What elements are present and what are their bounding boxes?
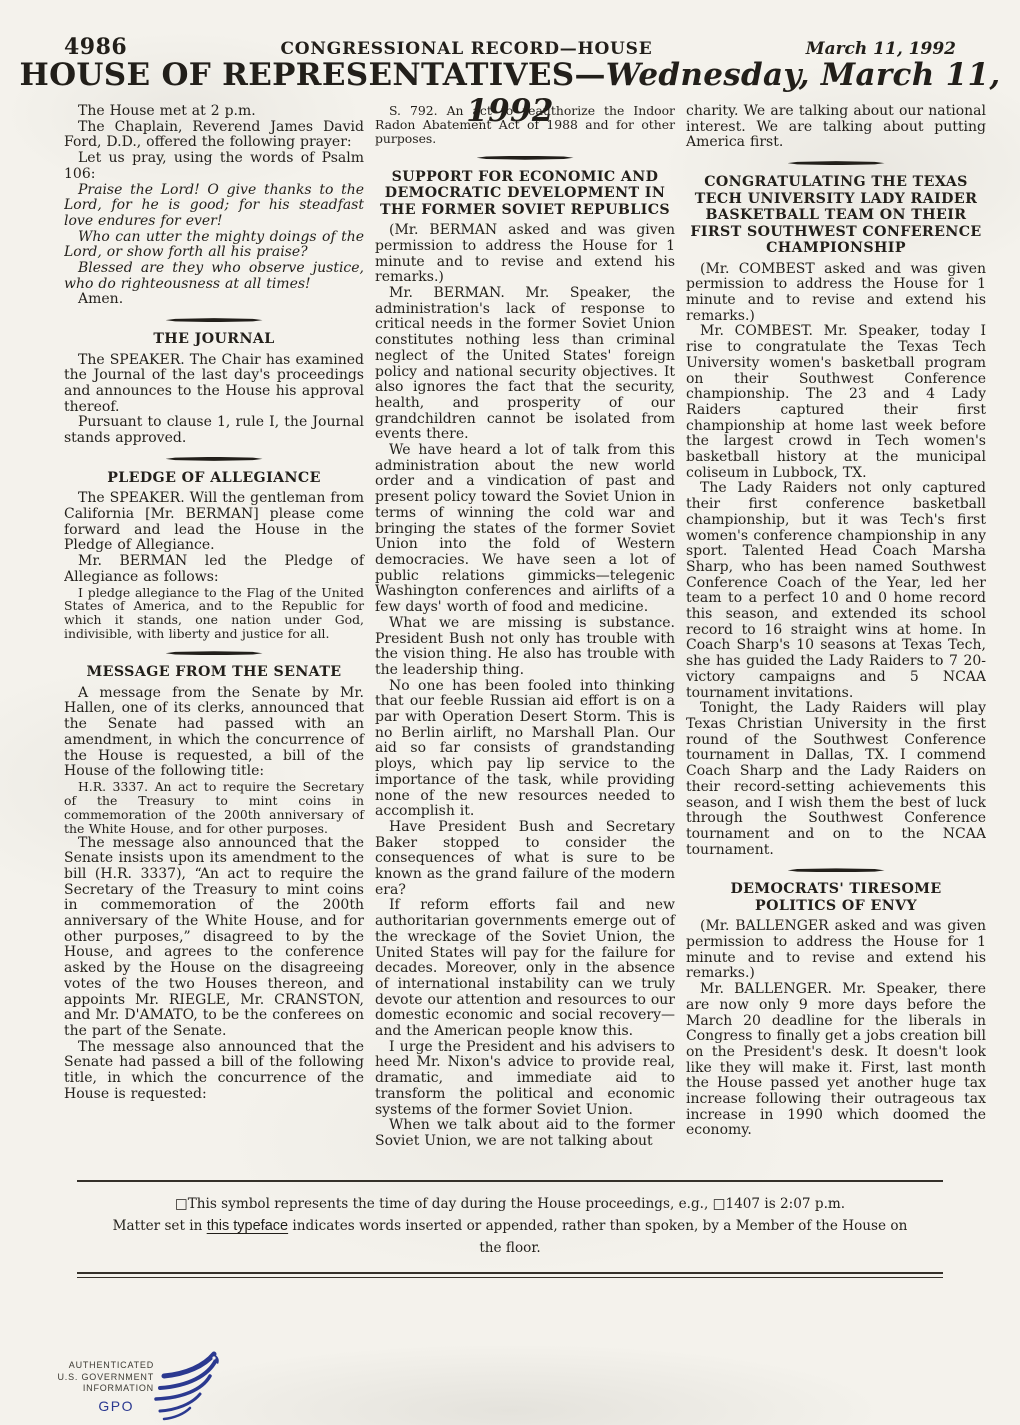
footnote-line-1: □This symbol represents the time of day …: [175, 1196, 845, 1212]
column-1: The House met at 2 p.m.The Chaplain, Rev…: [64, 104, 364, 1166]
column-2: S. 792. An act to reauthorize the Indoor…: [375, 104, 675, 1166]
separator-rule: [477, 156, 574, 160]
section-heading: CONGRATULATING THE TEXAS TECH UNIVERSITY…: [690, 174, 982, 257]
separator-rule: [788, 868, 885, 872]
paragraph: The message also announced that the Sena…: [64, 1040, 364, 1103]
gpo-label: GPO: [98, 1398, 134, 1414]
paragraph: If reform efforts fail and new authorita…: [375, 898, 675, 1039]
running-head-title: CONGRESSIONAL RECORD—HOUSE: [280, 39, 652, 59]
section-heading: THE JOURNAL: [68, 331, 360, 348]
running-head-date: March 11, 1992: [806, 39, 956, 59]
paragraph: We have heard a lot of talk from this ad…: [375, 443, 675, 616]
paragraph: Mr. BALLENGER. Mr. Speaker, there are no…: [686, 982, 986, 1139]
paragraph: Let us pray, using the words of Psalm 10…: [64, 151, 364, 182]
footnote-typeface-note: Matter set in this typeface indicates wo…: [103, 1215, 917, 1259]
paragraph: I urge the President and his advisers to…: [375, 1040, 675, 1119]
paragraph: Mr. COMBEST. Mr. Speaker, today I rise t…: [686, 324, 986, 481]
section-separator: [686, 161, 986, 165]
paragraph: Pursuant to clause 1, rule I, the Journa…: [64, 415, 364, 446]
paragraph: (Mr. COMBEST asked and was given permiss…: [686, 262, 986, 325]
paragraph: The SPEAKER. The Chair has examined the …: [64, 353, 364, 416]
page-title-main: HOUSE OF REPRESENTATIVES—: [20, 57, 606, 93]
column-3: charity. We are talking about our nation…: [686, 104, 986, 1166]
paragraph: A message from the Senate by Mr. Hallen,…: [64, 686, 364, 780]
separator-rule: [166, 457, 263, 461]
prayer-verse: Who can utter the mighty doings of the L…: [64, 230, 364, 261]
separator-rule: [788, 161, 885, 165]
paragraph: The Chaplain, Reverend James David Ford,…: [64, 120, 364, 151]
separator-rule: [166, 318, 263, 322]
prayer-verse: Blessed are they who observe justice, wh…: [64, 261, 364, 292]
article-columns: The House met at 2 p.m.The Chaplain, Rev…: [64, 104, 986, 1166]
section-separator: [686, 868, 986, 872]
paragraph: When we talk about aid to the former Sov…: [375, 1118, 675, 1149]
footnote-typeface-sample: this typeface: [207, 1218, 288, 1234]
paragraph: Mr. BERMAN. Mr. Speaker, the administrat…: [375, 286, 675, 443]
section-heading: PLEDGE OF ALLEGIANCE: [68, 470, 360, 487]
section-separator: [64, 318, 364, 322]
section-heading: SUPPORT FOR ECONOMIC AND DEMOCRATIC DEVE…: [379, 169, 671, 219]
congressional-record-page: 4986 CONGRESSIONAL RECORD—HOUSE March 11…: [0, 0, 1020, 1425]
section-separator: [64, 457, 364, 461]
paragraph: The SPEAKER. Will the gentleman from Cal…: [64, 491, 364, 554]
inserted-matter: S. 792. An act to reauthorize the Indoor…: [375, 104, 675, 146]
footnote-box: □This symbol represents the time of day …: [77, 1180, 943, 1274]
footnote-line-2-suffix: indicates words inserted or appended, ra…: [288, 1218, 907, 1256]
paragraph: Amen.: [64, 292, 364, 308]
gpo-authentication-seal: AUTHENTICATED U.S. GOVERNMENT INFORMATIO…: [36, 1350, 226, 1422]
section-heading: MESSAGE FROM THE SENATE: [68, 664, 360, 681]
paragraph: No one has been fooled into thinking tha…: [375, 679, 675, 820]
prayer-verse: Praise the Lord! O give thanks to the Lo…: [64, 183, 364, 230]
paragraph: The Lady Raiders not only captured their…: [686, 481, 986, 701]
paragraph: The House met at 2 p.m.: [64, 104, 364, 120]
paragraph: (Mr. BERMAN asked and was given permissi…: [375, 223, 675, 286]
paragraph: What we are missing is substance. Presid…: [375, 616, 675, 679]
paragraph-continuation: charity. We are talking about our nation…: [686, 104, 986, 151]
paragraph: Mr. BERMAN led the Pledge of Allegiance …: [64, 554, 364, 585]
inserted-matter: I pledge allegiance to the Flag of the U…: [64, 586, 364, 642]
separator-rule: [166, 651, 263, 655]
gpo-eagle-icon: [130, 1350, 226, 1422]
paragraph: (Mr. BALLENGER asked and was given permi…: [686, 919, 986, 982]
section-heading: DEMOCRATS' TIRESOME POLITICS OF ENVY: [690, 881, 982, 914]
inserted-matter: H.R. 3337. An act to require the Secreta…: [64, 780, 364, 836]
paragraph: Have President Bush and Secretary Baker …: [375, 820, 675, 899]
paragraph: Tonight, the Lady Raiders will play Texa…: [686, 701, 986, 858]
paragraph: The message also announced that the Sena…: [64, 836, 364, 1040]
footnote-time-symbol-note: □This symbol represents the time of day …: [103, 1193, 917, 1215]
section-separator: [64, 651, 364, 655]
section-separator: [375, 156, 675, 160]
footnote-line-2-prefix: Matter set in: [113, 1218, 207, 1234]
